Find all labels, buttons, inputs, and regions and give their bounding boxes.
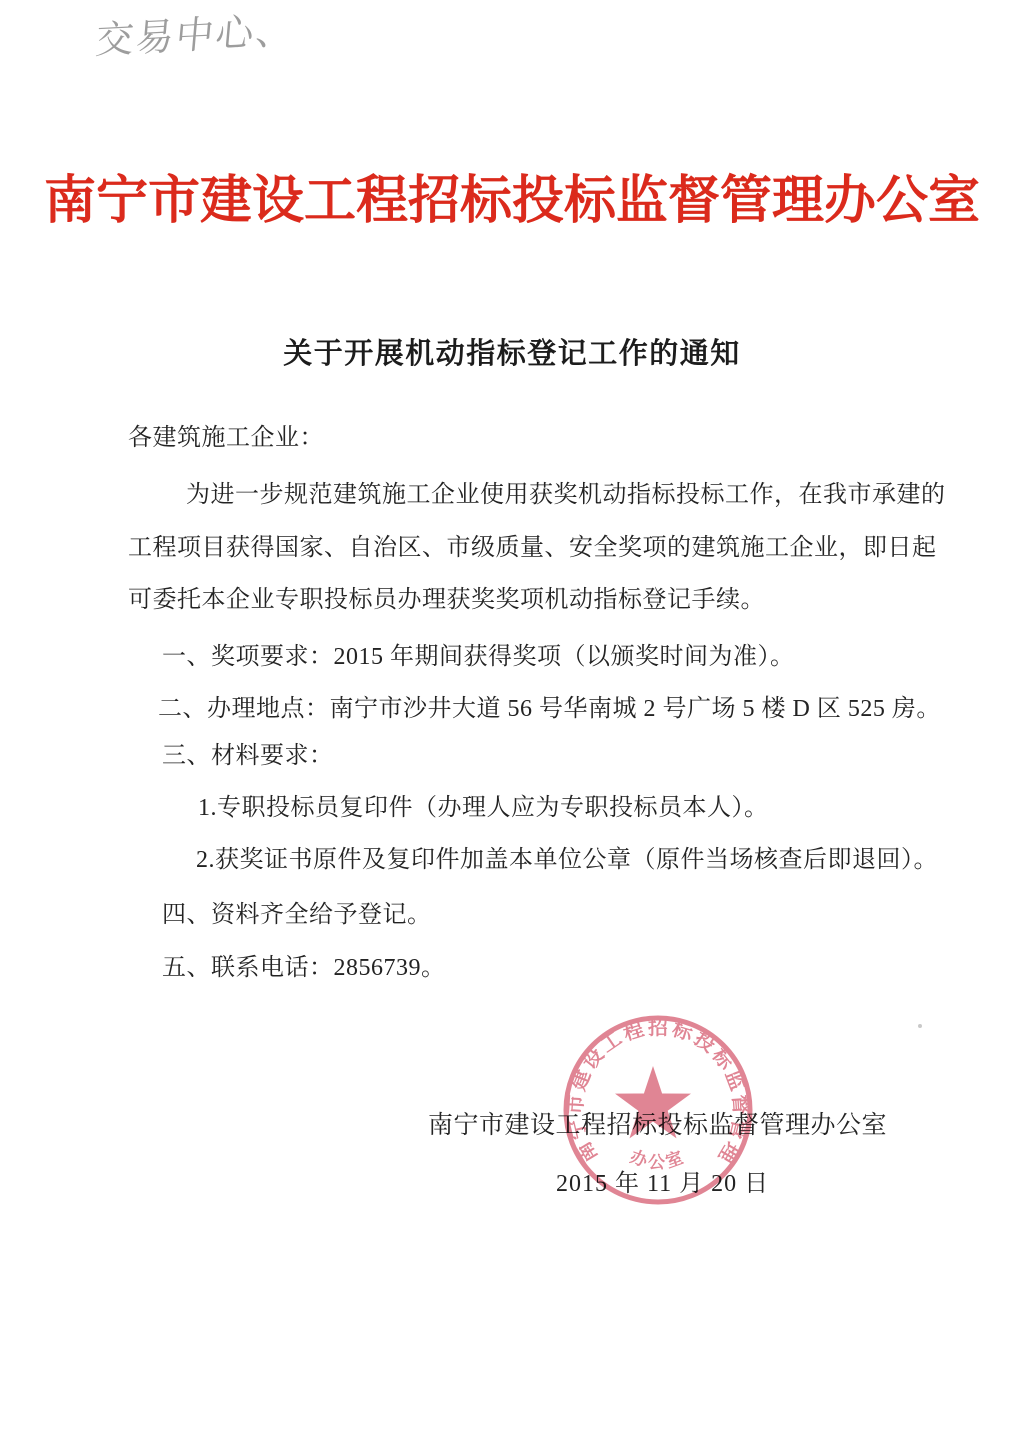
list-item-registration: 四、资料齐全给予登记。	[162, 894, 432, 929]
seal-bottom-text: 办公室	[628, 1146, 689, 1172]
list-item-location: 二、办理地点：南宁市沙井大道 56 号华南城 2 号广场 5 楼 D 区 525…	[158, 688, 941, 723]
seal-star-icon	[615, 1066, 691, 1138]
document-title: 关于开展机动指标登记工作的通知	[0, 331, 1024, 372]
paragraph-line-2: 工程项目获得国家、自治区、市级质量、安全奖项的建筑施工企业，即日起	[128, 527, 937, 562]
list-item-award-requirement: 一、奖项要求：2015 年期间获得奖项（以颁奖时间为准）。	[162, 636, 795, 671]
paragraph-line-3: 可委托本企业专职投标员办理获奖奖项机动指标登记手续。	[128, 579, 765, 614]
list-item-phone: 五、联系电话：2856739。	[162, 947, 446, 982]
list-item-materials: 三、材料要求：	[162, 735, 334, 770]
scan-speck	[918, 1024, 922, 1028]
paragraph-line-1: 为进一步规范建筑施工企业使用获奖机动指标投标工作，在我市承建的	[186, 474, 946, 509]
handwritten-note: 交易中心、	[94, 0, 299, 64]
sub-item-copy-of-bidder: 1.专职投标员复印件（办理人应为专职投标员本人）。	[198, 787, 769, 822]
letterhead-org-name: 南宁市建设工程招标投标监督管理办公室	[0, 158, 1024, 233]
salutation: 各建筑施工企业：	[128, 417, 324, 452]
document-page: 交易中心、 南宁市建设工程招标投标监督管理办公室 关于开展机动指标登记工作的通知…	[0, 0, 1024, 1448]
sub-item-certificates: 2.获奖证书原件及复印件加盖本单位公章（原件当场核查后即退回）。	[196, 839, 938, 874]
official-seal: 南宁市建设工程招标投标监督管理 办公室	[558, 1010, 758, 1210]
